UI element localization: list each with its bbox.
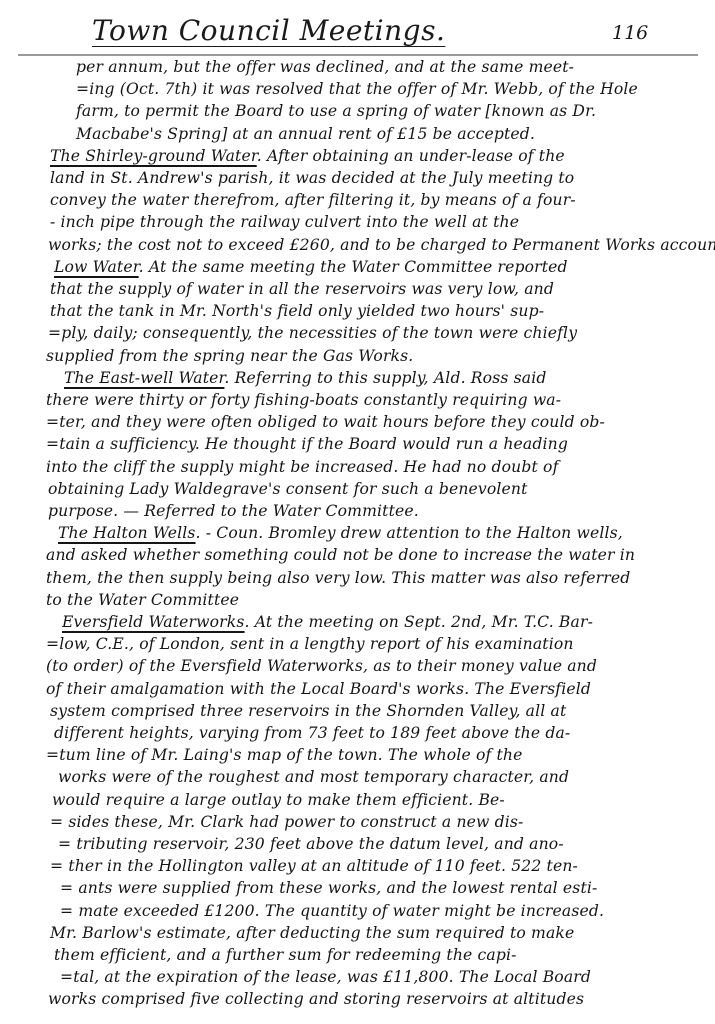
text-line: =ter, and they were often obliged to wai…: [46, 413, 605, 431]
text-line: =ing (Oct. 7th) it was resolved that the…: [76, 80, 638, 98]
line-text: =ing (Oct. 7th) it was resolved that the…: [76, 80, 638, 98]
line-text: that the supply of water in all the rese…: [50, 280, 554, 298]
text-line: different heights, varying from 73 feet …: [54, 724, 570, 742]
section-heading: The Shirley-ground Water: [50, 147, 257, 165]
text-line: works comprised five collecting and stor…: [48, 990, 584, 1008]
section-heading: The Halton Wells: [58, 524, 196, 542]
text-line: would require a large outlay to make the…: [52, 791, 505, 809]
line-text: works were of the roughest and most temp…: [58, 768, 569, 786]
text-line: = ants were supplied from these works, a…: [60, 879, 597, 897]
line-text: them, the then supply being also very lo…: [46, 569, 630, 587]
text-line: Mr. Barlow's estimate, after deducting t…: [50, 924, 574, 942]
line-text: = mate exceeded £1200. The quantity of w…: [60, 902, 604, 920]
line-text: =tal, at the expiration of the lease, wa…: [60, 968, 591, 986]
line-text: to the Water Committee: [46, 591, 239, 609]
line-text: Macbabe's Spring] at an annual rent of £…: [76, 125, 535, 143]
line-text: land in St. Andrew's parish, it was deci…: [50, 169, 574, 187]
section-heading: Eversfield Waterworks: [62, 613, 245, 631]
line-text: works comprised five collecting and stor…: [48, 990, 584, 1008]
line-text: different heights, varying from 73 feet …: [54, 724, 570, 742]
line-text: . - Coun. Bromley drew attention to the …: [196, 524, 623, 542]
line-text: . At the same meeting the Water Committe…: [139, 258, 568, 276]
line-text: =tain a sufficiency. He thought if the B…: [46, 435, 568, 453]
section-heading-line: Low Water. At the same meeting the Water…: [54, 258, 568, 276]
line-text: (to order) of the Eversfield Waterworks,…: [46, 657, 597, 675]
section-heading-line: Eversfield Waterworks. At the meeting on…: [62, 613, 593, 631]
line-text: . At the meeting on Sept. 2nd, Mr. T.C. …: [245, 613, 593, 631]
section-heading: Low Water: [54, 258, 139, 276]
text-line: - inch pipe through the railway culvert …: [50, 213, 519, 231]
text-line: there were thirty or forty fishing-boats…: [46, 391, 561, 409]
text-line: that the tank in Mr. North's field only …: [50, 302, 544, 320]
line-text: into the cliff the supply might be incre…: [46, 458, 559, 476]
section-heading-line: The Halton Wells. - Coun. Bromley drew a…: [58, 524, 623, 542]
text-line: farm, to permit the Board to use a sprin…: [76, 102, 596, 120]
line-text: = ther in the Hollington valley at an al…: [50, 857, 578, 875]
text-line: them, the then supply being also very lo…: [46, 569, 630, 587]
text-line: =low, C.E., of London, sent in a lengthy…: [46, 635, 574, 653]
line-text: works; the cost not to exceed £260, and …: [48, 236, 715, 254]
text-line: that the supply of water in all the rese…: [50, 280, 554, 298]
line-text: =tum line of Mr. Laing's map of the town…: [46, 746, 523, 764]
text-line: obtaining Lady Waldegrave's consent for …: [48, 480, 528, 498]
header-rule: [18, 54, 698, 56]
text-line: =tain a sufficiency. He thought if the B…: [46, 435, 568, 453]
text-line: system comprised three reservoirs in the…: [50, 702, 566, 720]
line-text: Mr. Barlow's estimate, after deducting t…: [50, 924, 574, 942]
section-heading-line: The Shirley-ground Water. After obtainin…: [50, 147, 565, 165]
text-line: of their amalgamation with the Local Boa…: [46, 680, 591, 698]
text-line: = mate exceeded £1200. The quantity of w…: [60, 902, 604, 920]
section-heading: The East-well Water: [64, 369, 224, 387]
text-line: supplied from the spring near the Gas Wo…: [46, 347, 413, 365]
line-text: and asked whether something could not be…: [46, 546, 635, 564]
text-line: into the cliff the supply might be incre…: [46, 458, 559, 476]
line-text: that the tank in Mr. North's field only …: [50, 302, 544, 320]
text-line: = ther in the Hollington valley at an al…: [50, 857, 578, 875]
line-text: =low, C.E., of London, sent in a lengthy…: [46, 635, 574, 653]
text-line: =ply, daily; consequently, the necessiti…: [48, 324, 577, 342]
line-text: = tributing reservoir, 230 feet above th…: [58, 835, 564, 853]
line-text: convey the water therefrom, after filter…: [50, 191, 576, 209]
text-line: Macbabe's Spring] at an annual rent of £…: [76, 125, 535, 143]
line-text: - inch pipe through the railway culvert …: [50, 213, 519, 231]
text-line: them efficient, and a further sum for re…: [54, 946, 517, 964]
page-number: 116: [612, 22, 648, 44]
manuscript-page: Town Council Meetings. 116 per annum, bu…: [0, 0, 715, 1024]
text-line: purpose. — Referred to the Water Committ…: [48, 502, 419, 520]
line-text: . After obtaining an under-lease of the: [257, 147, 565, 165]
section-heading-line: The East-well Water. Referring to this s…: [64, 369, 547, 387]
line-text: of their amalgamation with the Local Boa…: [46, 680, 591, 698]
text-line: = tributing reservoir, 230 feet above th…: [58, 835, 564, 853]
text-line: = sides these, Mr. Clark had power to co…: [50, 813, 523, 831]
line-text: them efficient, and a further sum for re…: [54, 946, 517, 964]
line-text: would require a large outlay to make the…: [52, 791, 505, 809]
text-line: and asked whether something could not be…: [46, 546, 635, 564]
text-line: to the Water Committee: [46, 591, 239, 609]
line-text: farm, to permit the Board to use a sprin…: [76, 102, 596, 120]
line-text: =ter, and they were often obliged to wai…: [46, 413, 605, 431]
page-title: Town Council Meetings.: [92, 14, 445, 47]
text-line: =tum line of Mr. Laing's map of the town…: [46, 746, 523, 764]
line-text: there were thirty or forty fishing-boats…: [46, 391, 561, 409]
line-text: =ply, daily; consequently, the necessiti…: [48, 324, 577, 342]
text-line: works were of the roughest and most temp…: [58, 768, 569, 786]
line-text: system comprised three reservoirs in the…: [50, 702, 566, 720]
text-line: land in St. Andrew's parish, it was deci…: [50, 169, 574, 187]
text-line: =tal, at the expiration of the lease, wa…: [60, 968, 591, 986]
line-text: = sides these, Mr. Clark had power to co…: [50, 813, 523, 831]
line-text: = ants were supplied from these works, a…: [60, 879, 597, 897]
line-text: purpose. — Referred to the Water Committ…: [48, 502, 419, 520]
line-text: obtaining Lady Waldegrave's consent for …: [48, 480, 528, 498]
line-text: supplied from the spring near the Gas Wo…: [46, 347, 413, 365]
text-line: convey the water therefrom, after filter…: [50, 191, 576, 209]
line-text: per annum, but the offer was declined, a…: [76, 58, 574, 76]
text-line: works; the cost not to exceed £260, and …: [48, 236, 715, 254]
line-text: . Referring to this supply, Ald. Ross sa…: [224, 369, 546, 387]
text-line: per annum, but the offer was declined, a…: [76, 58, 574, 76]
text-line: (to order) of the Eversfield Waterworks,…: [46, 657, 597, 675]
